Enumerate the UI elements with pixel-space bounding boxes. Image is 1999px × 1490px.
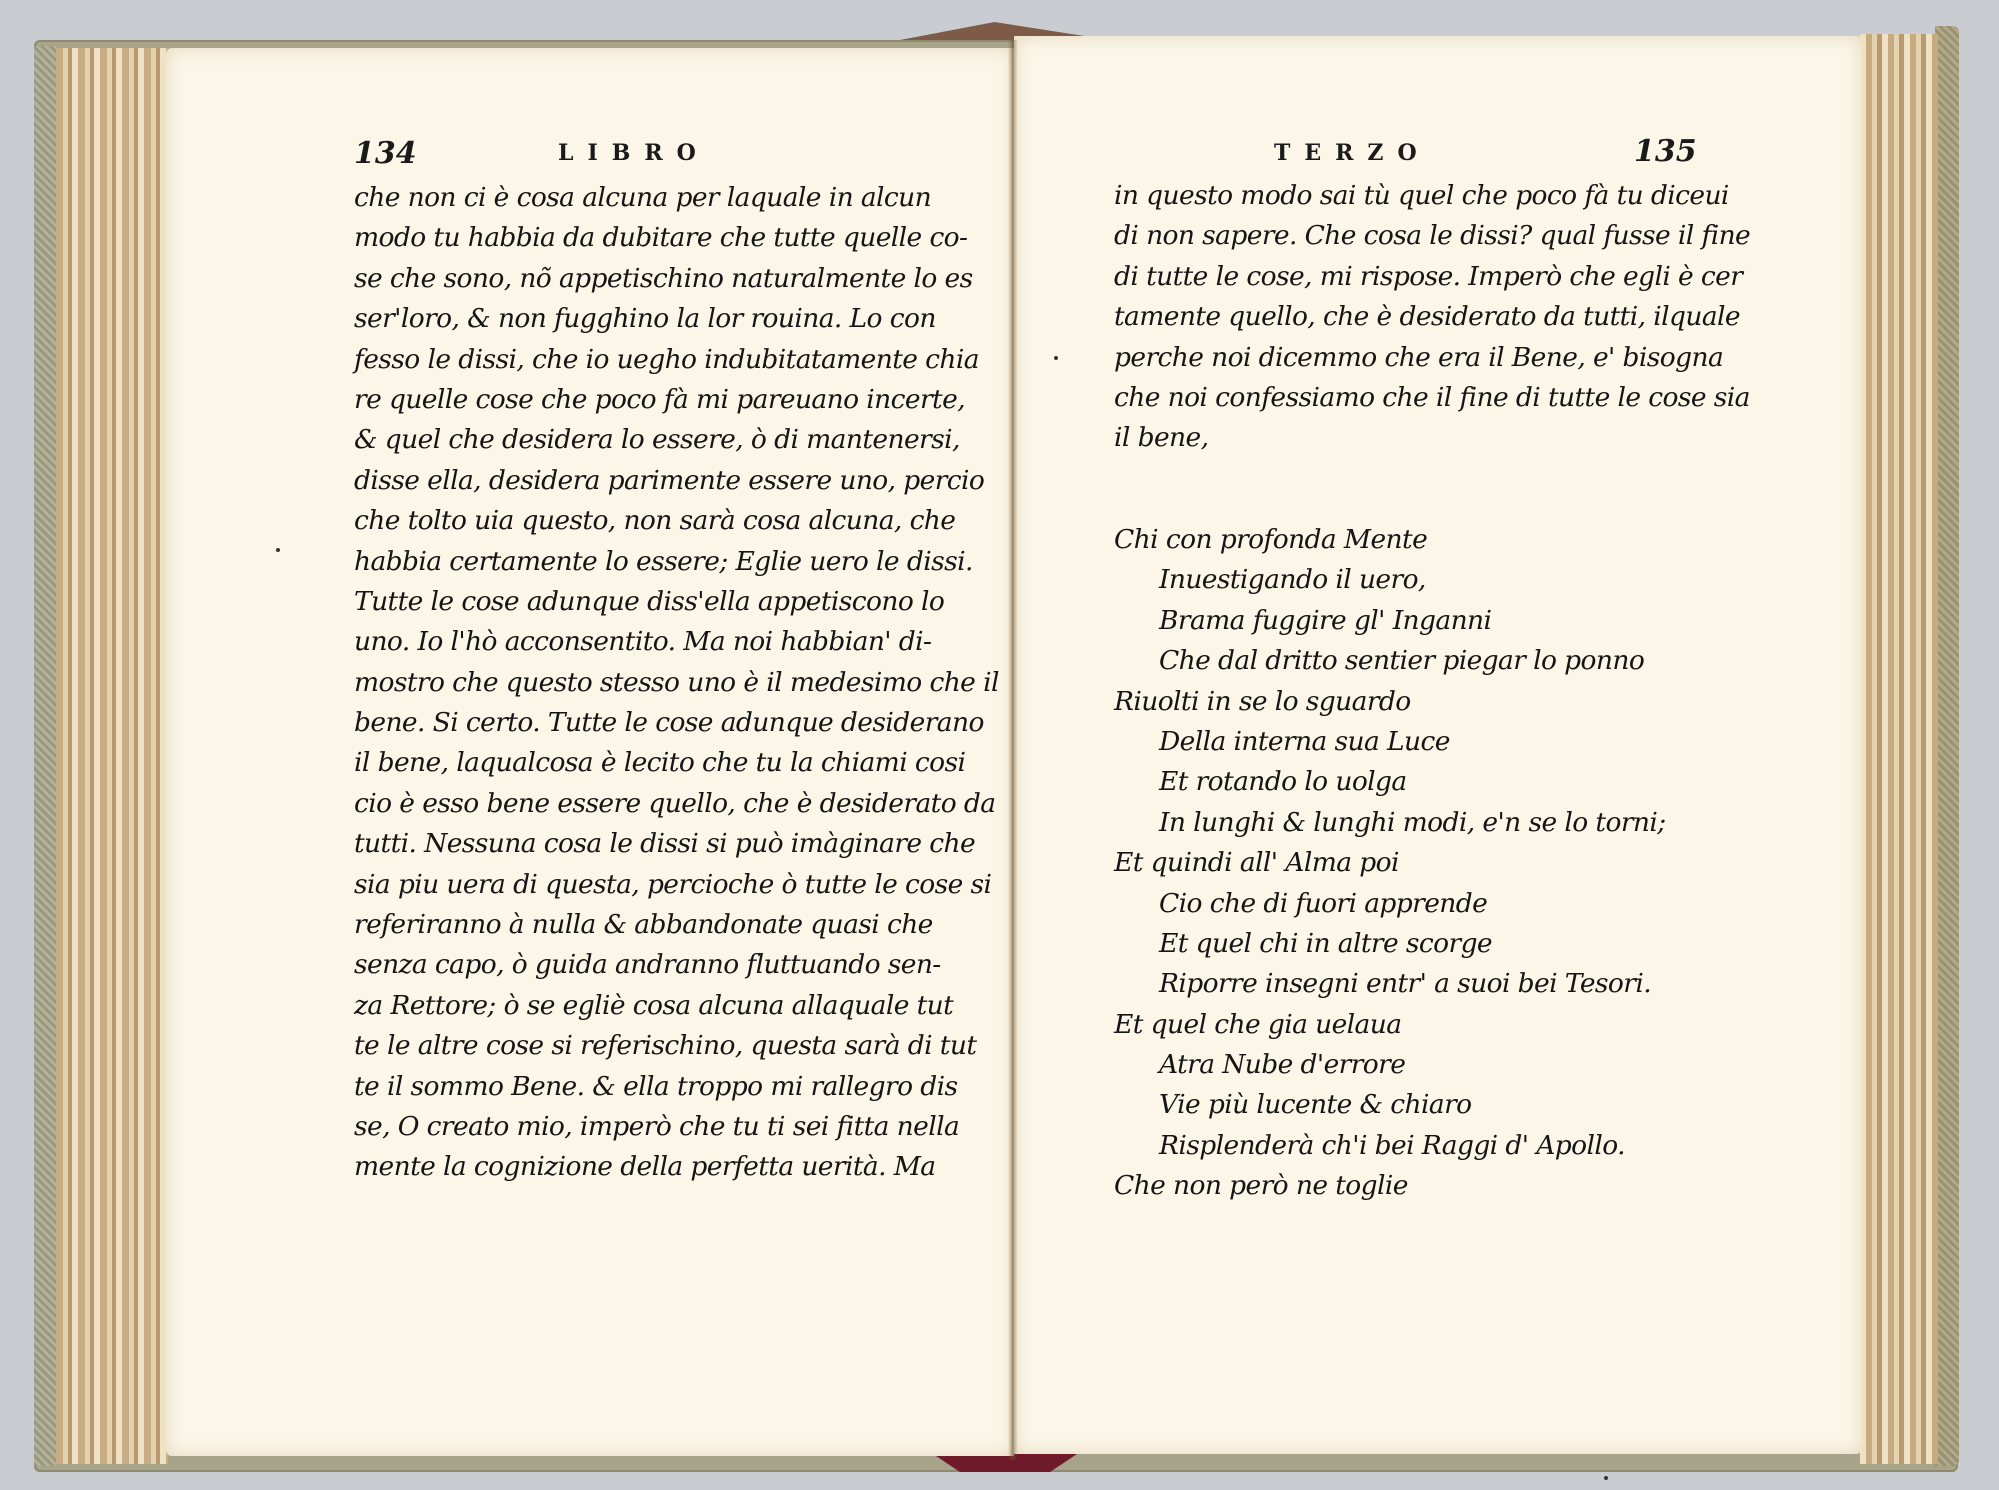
text-line: Et quindi all' Alma poi (1114, 843, 1714, 883)
text-line: za Rettore; ò se egliè cosa alcuna allaq… (354, 986, 920, 1026)
text-line: Chi con profonda Mente (1114, 520, 1714, 560)
paper-speck (276, 548, 280, 552)
text-line: Della interna sua Luce (1114, 722, 1714, 762)
right-page: TERZO 135 in questo modo sai tù quel che… (1014, 36, 1862, 1454)
page-number-left: 134 (354, 136, 417, 171)
text-line: Cio che di fuori apprende (1114, 884, 1714, 924)
text-line: il bene, laqualcosa è lecito che tu la c… (354, 743, 920, 783)
paper-speck (1054, 356, 1058, 360)
text-line: ser'loro, & non fugghino la lor rouina. … (354, 299, 920, 339)
text-line: Et quel che gia uelaua (1114, 1005, 1714, 1045)
text-line: che tolto uia questo, non sarà cosa alcu… (354, 501, 920, 541)
text-line: tamente quello, che è desiderato da tutt… (1114, 297, 1684, 337)
fore-edge-left (56, 48, 168, 1464)
page-number-right: 135 (1634, 134, 1697, 169)
text-line: che non ci è cosa alcuna per laquale in … (354, 178, 920, 218)
text-line: in questo modo sai tù quel che poco fà t… (1114, 176, 1684, 216)
running-head-right: TERZO (1274, 140, 1431, 166)
text-line: Risplenderà ch'i bei Raggi d' Apollo. (1114, 1126, 1714, 1166)
text-line: che noi confessiamo che il fine di tutte… (1114, 378, 1684, 418)
running-head-left: LIBRO (558, 140, 710, 166)
text-line: se che sono, nõ appetischino naturalment… (354, 259, 920, 299)
text-line: Brama fuggire gl' Inganni (1114, 601, 1714, 641)
text-line: di non sapere. Che cosa le dissi? qual f… (1114, 216, 1684, 256)
text-line: mente la cognizione della perfetta uerit… (354, 1147, 920, 1187)
right-page-verse: Chi con profonda MenteInuestigando il ue… (1114, 520, 1714, 1207)
text-line: modo tu habbia da dubitare che tutte que… (354, 218, 920, 258)
text-line: uno. Io l'hò acconsentito. Ma noi habbia… (354, 622, 920, 662)
text-line: sia piu uera di questa, percioche ò tutt… (354, 865, 920, 905)
text-line: Tutte le cose adunque diss'ella appetisc… (354, 582, 920, 622)
paper-speck (1604, 1476, 1608, 1480)
cover-left-board (34, 46, 56, 1466)
text-line: Che dal dritto sentier piegar lo ponno (1114, 641, 1714, 681)
text-line: Et rotando lo uolga (1114, 762, 1714, 802)
left-page: 134 LIBRO che non ci è cosa alcuna per l… (166, 48, 1014, 1456)
text-line: Riporre insegni entr' a suoi bei Tesori. (1114, 964, 1714, 1004)
text-line: Et quel chi in altre scorge (1114, 924, 1714, 964)
text-line: senza capo, ò guida andranno fluttuando … (354, 945, 920, 985)
text-line: In lunghi & lunghi modi, e'n se lo torni… (1114, 803, 1714, 843)
text-line: Inuestigando il uero, (1114, 560, 1714, 600)
text-line: & quel che desidera lo essere, ò di mant… (354, 420, 920, 460)
text-line: Che non però ne toglie (1114, 1166, 1714, 1206)
text-line: Vie più lucente & chiaro (1114, 1085, 1714, 1125)
text-line: perche noi dicemmo che era il Bene, e' b… (1114, 338, 1684, 378)
text-line: bene. Si certo. Tutte le cose adunque de… (354, 703, 920, 743)
text-line: te le altre cose si referischino, questa… (354, 1026, 920, 1066)
text-line: referiranno à nulla & abbandonate quasi … (354, 905, 920, 945)
left-page-text: che non ci è cosa alcuna per laquale in … (354, 178, 920, 1188)
text-line: habbia certamente lo essere; Eglie uero … (354, 542, 920, 582)
text-line: te il sommo Bene. & ella troppo mi ralle… (354, 1067, 920, 1107)
fore-edge-right (1860, 34, 1938, 1464)
text-line: Atra Nube d'errore (1114, 1045, 1714, 1085)
text-line: Riuolti in se lo sguardo (1114, 682, 1714, 722)
text-line: re quelle cose che poco fà mi pareuano i… (354, 380, 920, 420)
text-line: disse ella, desidera parimente essere un… (354, 461, 920, 501)
text-line: di tutte le cose, mi rispose. Imperò che… (1114, 257, 1684, 297)
text-line: mostro che questo stesso uno è il medesi… (354, 663, 920, 703)
text-line: fesso le dissi, che io ueghо indubitatam… (354, 340, 920, 380)
text-line: cio è esso bene essere quello, che è des… (354, 784, 920, 824)
text-line: se, O creato mio, imperò che tu ti sei f… (354, 1107, 920, 1147)
cover-right-board (1935, 26, 1959, 1466)
text-line: tutti. Nessuna cosa le dissi si può imàg… (354, 824, 920, 864)
right-page-prose: in questo modo sai tù quel che poco fà t… (1114, 176, 1684, 459)
text-line: il bene, (1114, 418, 1684, 458)
book-gutter (1008, 40, 1018, 1460)
